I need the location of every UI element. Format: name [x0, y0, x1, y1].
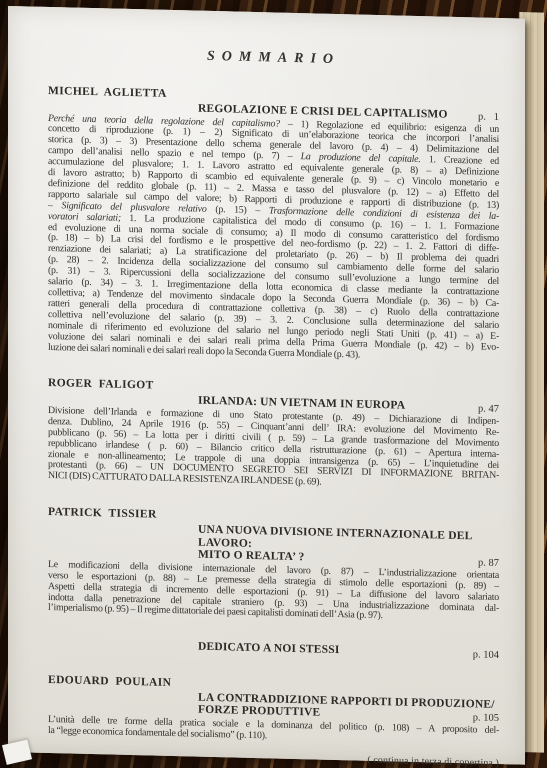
- entry-summary: Perché una teoria della regolazione del …: [48, 113, 499, 364]
- entry-title: DEDICATO A NOI STESSI: [198, 641, 499, 661]
- toc-entry: EDOUARD POULAIN LA CONTRADDIZIONE RAPPOR…: [48, 674, 499, 748]
- toc-entries: MICHEL AGLIETTA REGOLAZIONE E CRISI DEL …: [48, 85, 499, 748]
- entry-summary: Divisione dell’Irlanda e formazione di u…: [48, 406, 499, 493]
- entry-page-number: p. 47: [478, 403, 499, 415]
- entry-summary: Le modificazioni della divisione interna…: [48, 560, 499, 626]
- entry-title-row: DEDICATO A NOI STESSI p. 104: [48, 637, 499, 661]
- toc-entry: PATRICK TISSIER UNA NUOVA DIVISIONE INTE…: [48, 506, 499, 625]
- title-line: DEDICATO A NOI STESSI: [198, 641, 499, 661]
- page-corner-curl: [2, 740, 32, 765]
- entry-page-number: p. 87: [478, 557, 499, 569]
- entry-title: UNA NUOVA DIVISIONE INTERNAZIONALE DEL L…: [198, 524, 499, 569]
- page-title: SOMMARIO: [48, 45, 499, 72]
- entry-page-number: p. 104: [473, 649, 499, 661]
- toc-entry: MICHEL AGLIETTA REGOLAZIONE E CRISI DEL …: [48, 85, 499, 364]
- entry-page-number: p. 1: [478, 111, 499, 123]
- continuation-note: ( continua in terza di copertina ): [48, 747, 499, 768]
- scanned-book-page: SOMMARIO MICHEL AGLIETTA REGOLAZIONE E C…: [8, 6, 525, 765]
- toc-entry: ROGER FALIGOT IRLANDA: UN VIETNAM IN EUR…: [48, 377, 499, 493]
- page-content: SOMMARIO MICHEL AGLIETTA REGOLAZIONE E C…: [48, 7, 499, 768]
- toc-entry: DEDICATO A NOI STESSI p. 104: [48, 637, 499, 661]
- entry-page-number: p. 105: [473, 712, 499, 724]
